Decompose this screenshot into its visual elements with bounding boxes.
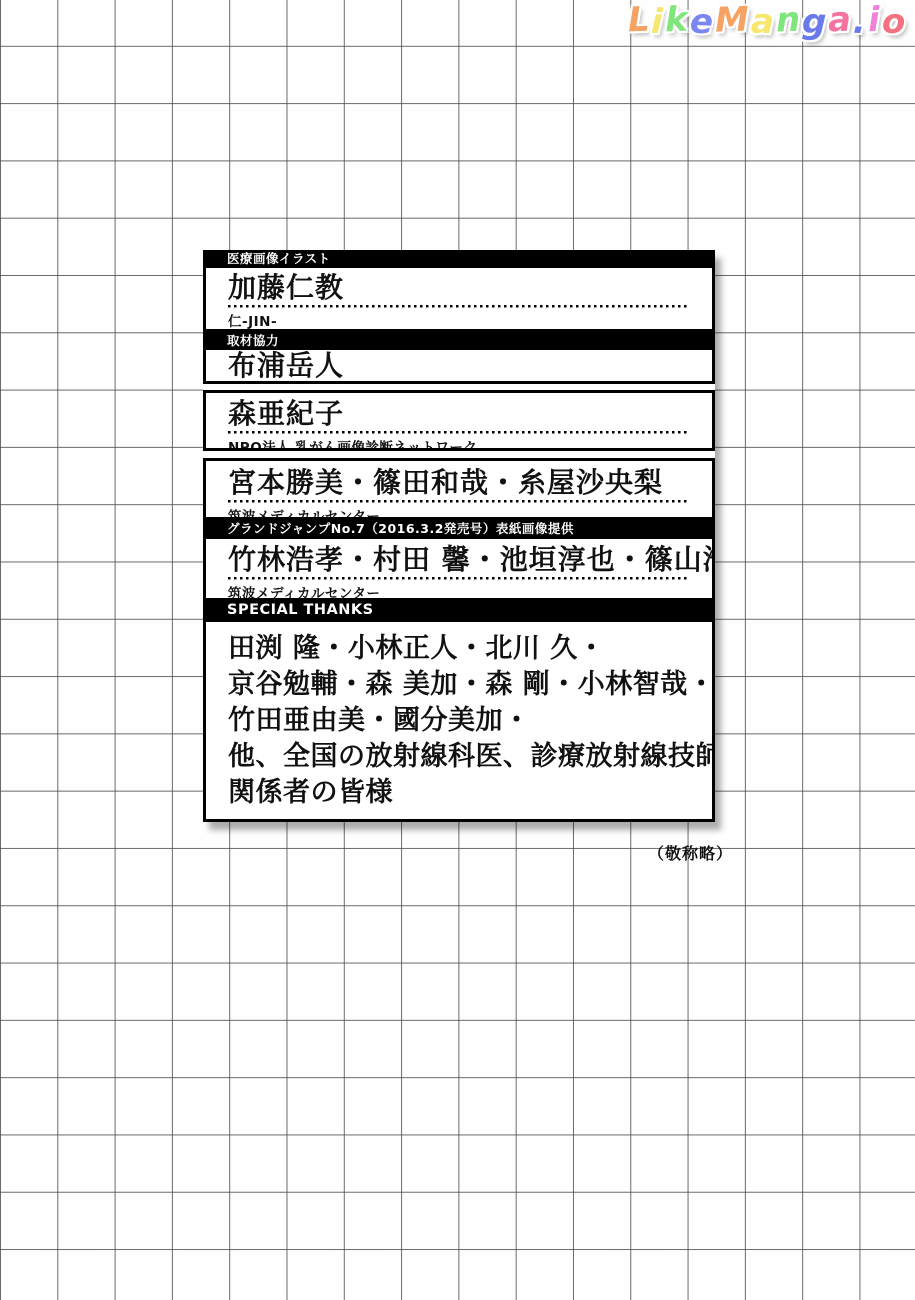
- credit-entry: 宮本勝美・篠田和哉・糸屋沙央梨 筑波メディカルセンター: [203, 458, 715, 520]
- section-header-label: 取材協力: [227, 331, 279, 349]
- likemanga-watermark-logo: LikeManga.io: [628, 1, 907, 41]
- logo-letter: .: [852, 2, 868, 42]
- dotted-divider: [228, 431, 690, 434]
- thanks-line: 京谷勉輔・森 美加・森 剛・小林智哉・: [228, 667, 690, 703]
- logo-letter: L: [627, 0, 652, 40]
- section-header-special-thanks: SPECIAL THANKS: [203, 601, 715, 619]
- logo-letter: a: [827, 0, 853, 40]
- honorifics-omitted-note: （敬称略）: [648, 841, 733, 864]
- section-header-medical-illustration: 医療画像イラスト: [203, 250, 715, 265]
- credit-name: 竹林浩孝・村田 馨・池垣淳也・篠山浩子: [228, 543, 690, 576]
- logo-letter: k: [664, 0, 690, 40]
- section-header-label: グランドジャンプNo.7（2016.3.2発売号）表紙画像提供: [227, 519, 574, 537]
- special-thanks-panel: 田渕 隆・小林正人・北川 久・ 京谷勉輔・森 美加・森 剛・小林智哉・ 竹田亜由…: [203, 619, 715, 822]
- credit-affiliation: NPO法人 乳がん画像診断ネットワーク: [228, 436, 690, 451]
- dotted-divider: [228, 577, 690, 580]
- credit-affiliation: 仁-JIN-: [228, 310, 690, 330]
- logo-letter: i: [867, 0, 882, 40]
- logo-letter: a: [750, 2, 776, 43]
- thanks-line: 関係者の皆様: [228, 775, 690, 811]
- credit-name: 加藤仁教: [228, 271, 690, 304]
- credit-entry: 加藤仁教 仁-JIN-: [203, 265, 715, 332]
- credit-entry: 竹林浩孝・村田 馨・池垣淳也・篠山浩子 筑波メディカルセンター: [203, 536, 715, 601]
- dotted-divider: [228, 305, 690, 308]
- logo-letter: n: [775, 0, 803, 40]
- section-header-research-cooperation: 取材協力: [203, 332, 715, 347]
- logo-letter: i: [651, 2, 666, 42]
- thanks-line: 田渕 隆・小林正人・北川 久・: [228, 631, 690, 667]
- credit-entry: 森亜紀子 NPO法人 乳がん画像診断ネットワーク: [203, 390, 715, 451]
- logo-letter: o: [881, 2, 908, 43]
- credit-affiliation: 筑波メディカルセンター: [228, 505, 690, 520]
- section-header-label: SPECIAL THANKS: [227, 602, 374, 618]
- credit-name: 宮本勝美・篠田和哉・糸屋沙央梨: [228, 466, 690, 499]
- dotted-divider: [228, 500, 690, 503]
- credit-name: 森亜紀子: [228, 397, 690, 430]
- manga-credits-page: LikeManga.io 医療画像イラスト 加藤仁教 仁-JIN- 取材協力 布…: [0, 0, 915, 1300]
- logo-letter: M: [714, 0, 751, 41]
- thanks-line: 竹田亜由美・國分美加・: [228, 703, 690, 739]
- credit-entry: 布浦岳人: [203, 347, 715, 384]
- section-header-label: 医療画像イラスト: [227, 249, 331, 267]
- credit-name: 布浦岳人: [228, 349, 344, 382]
- credit-affiliation: 筑波メディカルセンター: [228, 582, 690, 601]
- logo-letter: e: [689, 2, 715, 43]
- logo-letter: g: [801, 2, 829, 43]
- thanks-line: 他、全国の放射線科医、診療放射線技師、: [228, 739, 690, 775]
- credits-box: 医療画像イラスト 加藤仁教 仁-JIN- 取材協力 布浦岳人 森亜紀子 NPO法…: [203, 250, 715, 822]
- section-header-cover-image: グランドジャンプNo.7（2016.3.2発売号）表紙画像提供: [203, 520, 715, 536]
